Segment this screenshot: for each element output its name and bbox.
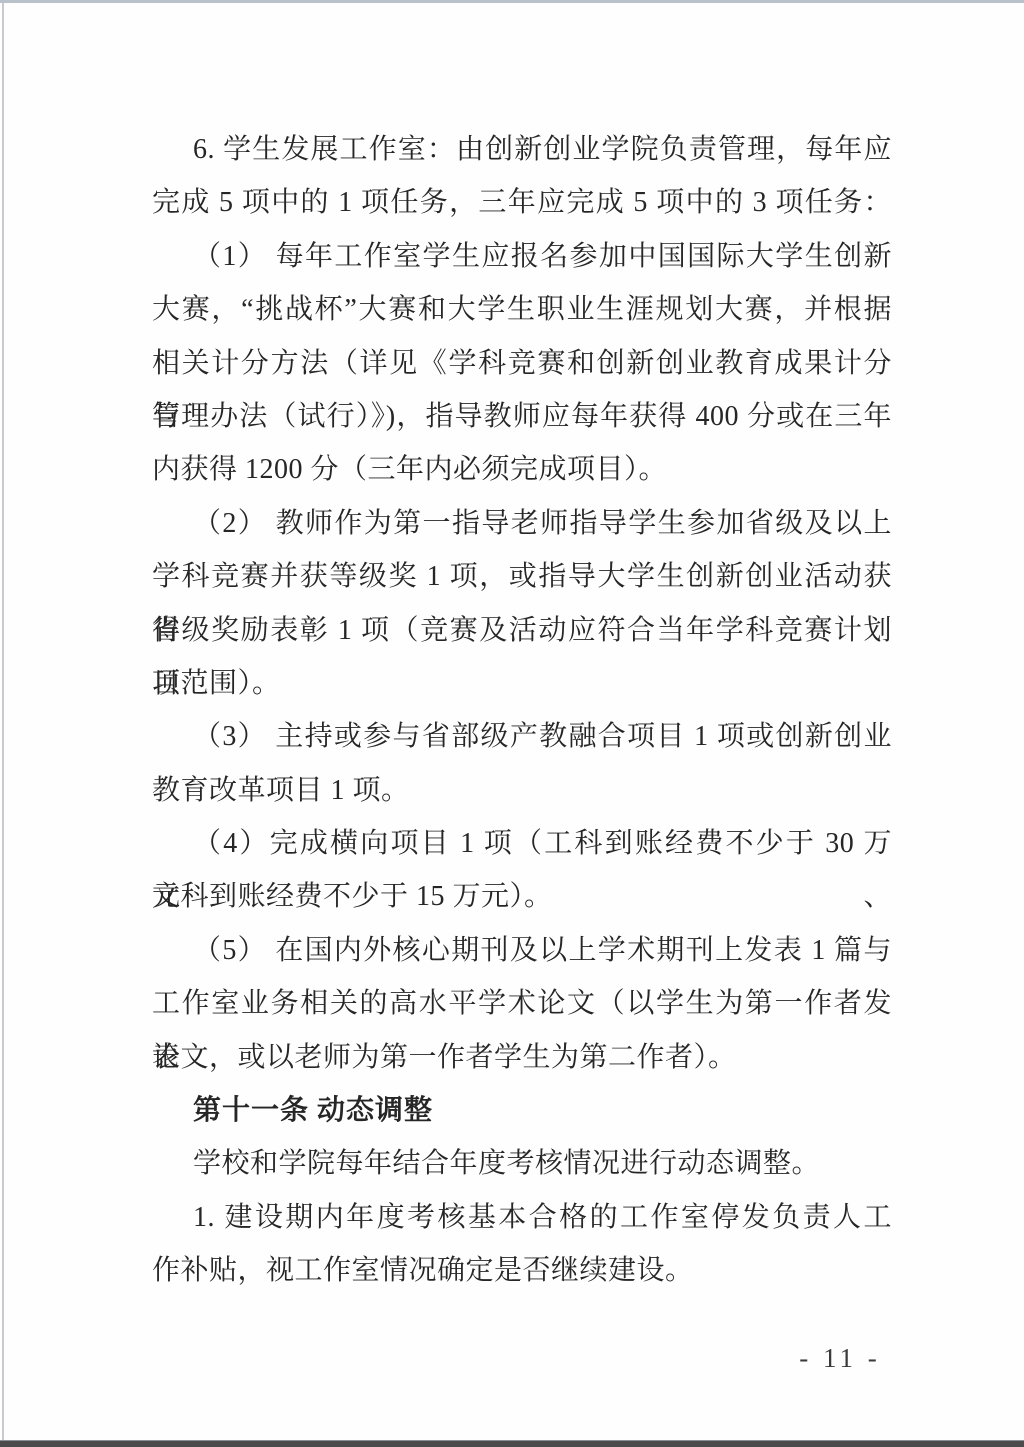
text-line: 大赛，“挑战杯”大赛和大学生职业生涯规划大赛，并根据	[152, 283, 892, 336]
text-line: 内获得 1200 分（三年内必须完成项目）。	[152, 443, 892, 496]
text-line: （2） 教师作为第一指导老师指导学生参加省级及以上	[152, 497, 892, 550]
text-line: （4）完成横向项目 1 项（工科到账经费不少于 30 万元、	[152, 817, 892, 870]
text-line: 省级奖励表彰 1 项（竞赛及活动应符合当年学科竞赛计划项	[152, 604, 892, 657]
text-line: 1. 建设期内年度考核基本合格的工作室停发负责人工	[152, 1191, 892, 1244]
document-body: 6. 学生发展工作室：由创新创业学院负责管理，每年应完成 5 项中的 1 项任务…	[152, 123, 892, 1298]
text-line: 6. 学生发展工作室：由创新创业学院负责管理，每年应	[152, 123, 892, 176]
text-line: 作补贴，视工作室情况确定是否继续建设。	[152, 1244, 892, 1297]
text-line: （5） 在国内外核心期刊及以上学术期刊上发表 1 篇与	[152, 924, 892, 977]
scan-edge-bottom	[0, 1440, 1024, 1447]
text-line: 工作室业务相关的高水平学术论文（以学生为第一作者发表	[152, 977, 892, 1030]
text-line: 相关计分方法（详见《学科竞赛和创新创业教育成果计分与	[152, 337, 892, 390]
text-line: 教育改革项目 1 项。	[152, 764, 892, 817]
text-line: 学校和学院每年结合年度考核情况进行动态调整。	[152, 1137, 892, 1190]
scan-edge-left	[2, 3, 4, 1443]
section-heading: 第十一条 动态调整	[152, 1084, 892, 1137]
text-line: 完成 5 项中的 1 项任务，三年应完成 5 项中的 3 项任务：	[152, 176, 892, 229]
text-line: 管理办法（试行）》)，指导教师应每年获得 400 分或在三年	[152, 390, 892, 443]
text-line: 目范围）。	[152, 657, 892, 710]
text-line: 学科竞赛并获等级奖 1 项，或指导大学生创新创业活动获得	[152, 550, 892, 603]
text-line: （1） 每年工作室学生应报名参加中国国际大学生创新	[152, 230, 892, 283]
page-number: - 11 -	[780, 1338, 900, 1378]
document-page: 6. 学生发展工作室：由创新创业学院负责管理，每年应完成 5 项中的 1 项任务…	[0, 0, 1024, 1447]
scan-edge-top	[0, 0, 1024, 3]
text-line: 论文，或以老师为第一作者学生为第二作者）。	[152, 1031, 892, 1084]
text-line: （3） 主持或参与省部级产教融合项目 1 项或创新创业	[152, 710, 892, 763]
